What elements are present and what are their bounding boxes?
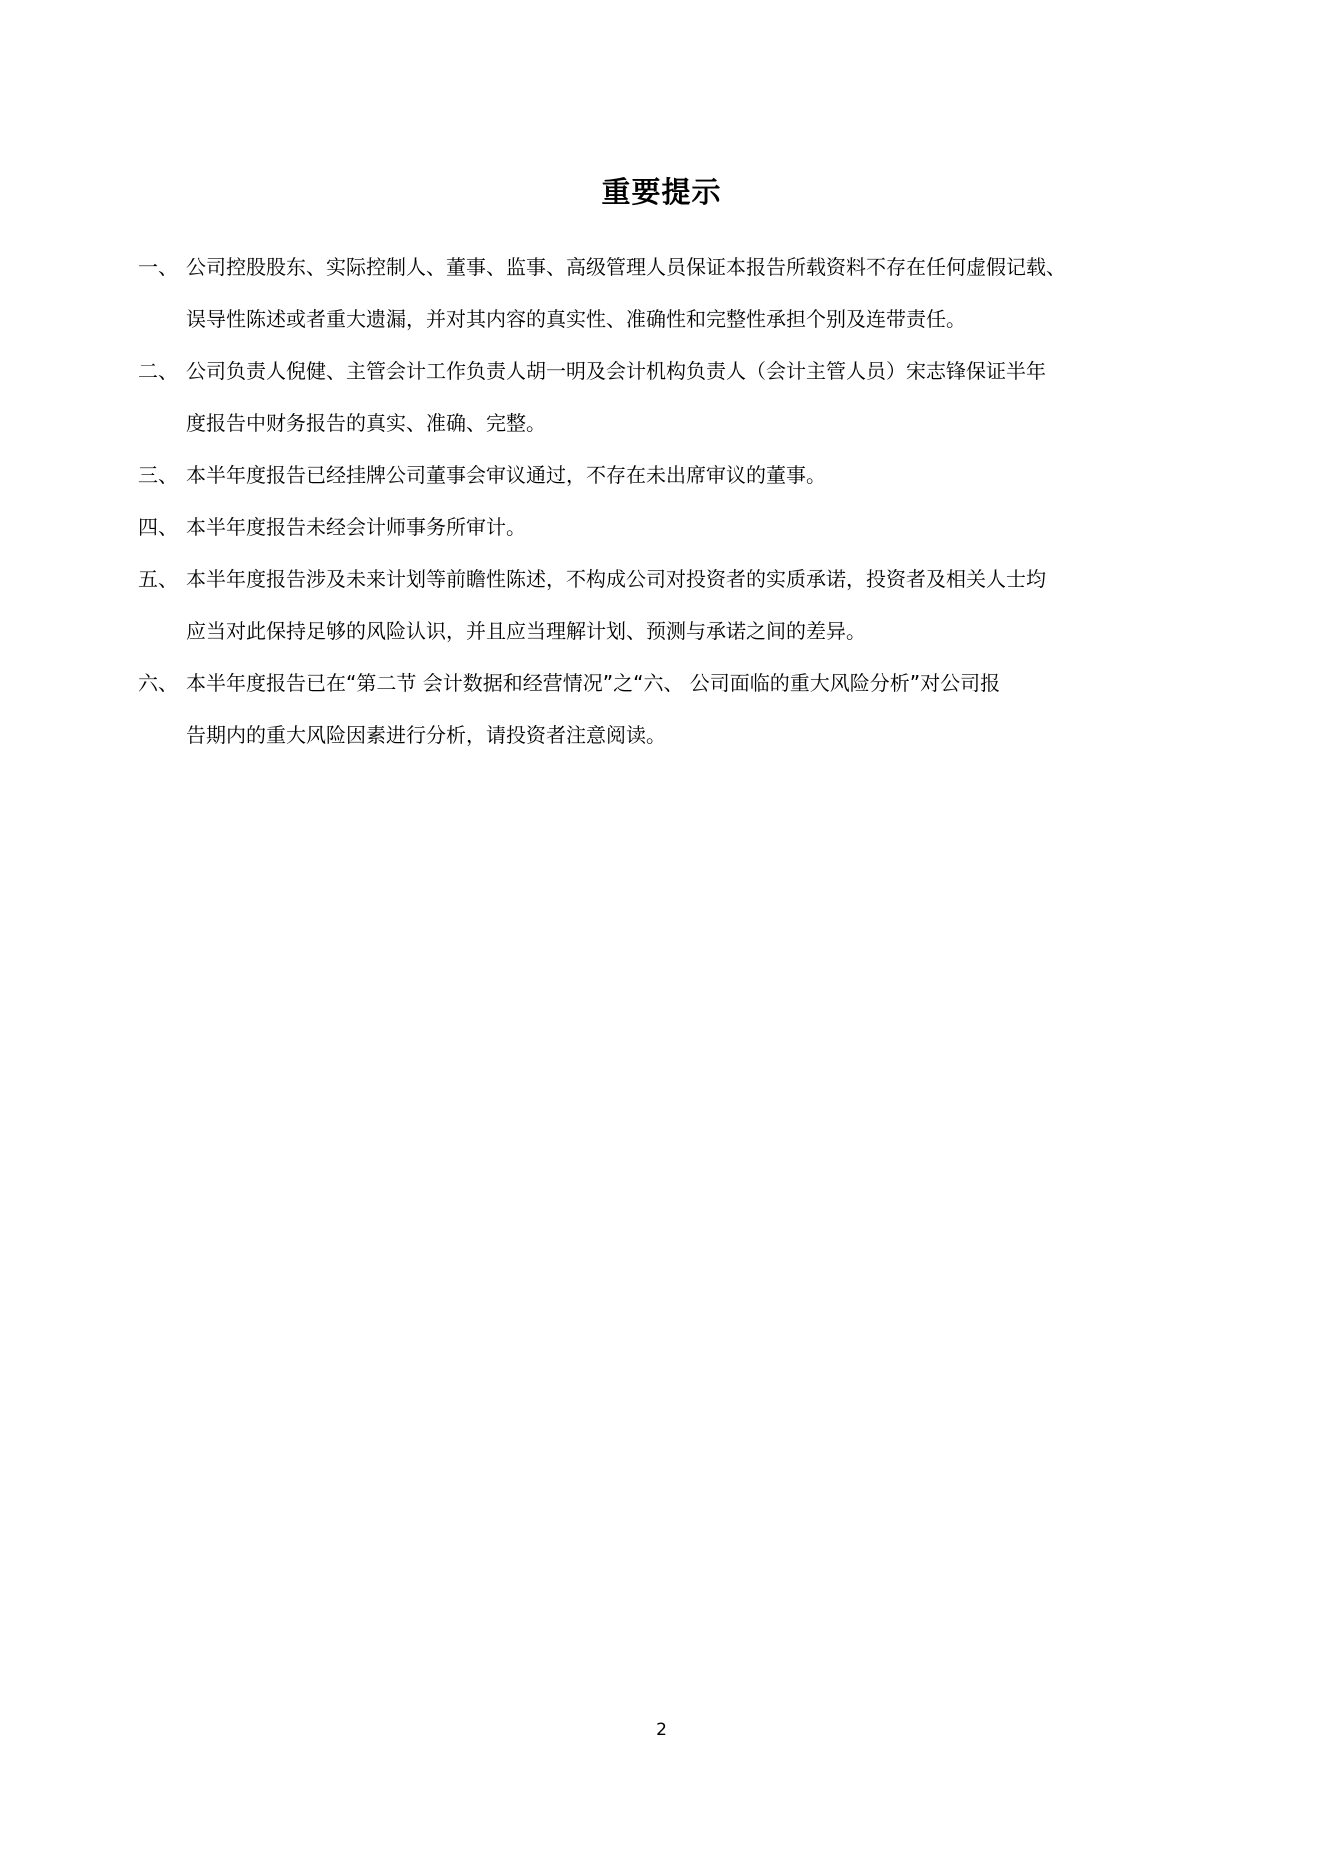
- notice-item-4: 四、 本半年度报告未经会计师事务所审计。: [138, 501, 1198, 553]
- item-number: 四、: [138, 501, 178, 553]
- item-number: 六、: [138, 657, 178, 709]
- item-number: 二、: [138, 345, 178, 397]
- page-number: 2: [0, 1720, 1323, 1740]
- item-number: 三、: [138, 449, 178, 501]
- item-text: 告期内的重大风险因素进行分析，请投资者注意阅读。: [138, 709, 1198, 761]
- item-text: 应当对此保持足够的风险认识，并且应当理解计划、预测与承诺之间的差异。: [138, 605, 1198, 657]
- notice-item-2: 二、 公司负责人倪健、主管会计工作负责人胡一明及会计机构负责人（会计主管人员）宋…: [138, 345, 1198, 449]
- notice-item-5: 五、 本半年度报告涉及未来计划等前瞻性陈述，不构成公司对投资者的实质承诺，投资者…: [138, 553, 1198, 657]
- item-number: 一、: [138, 241, 178, 293]
- item-text: 本半年度报告涉及未来计划等前瞻性陈述，不构成公司对投资者的实质承诺，投资者及相关…: [138, 553, 1198, 605]
- notice-item-1: 一、 公司控股股东、实际控制人、董事、监事、高级管理人员保证本报告所载资料不存在…: [138, 241, 1198, 345]
- item-text: 公司负责人倪健、主管会计工作负责人胡一明及会计机构负责人（会计主管人员）宋志锋保…: [138, 345, 1198, 397]
- item-text: 本半年度报告已在“第二节 会计数据和经营情况”之“六、 公司面临的重大风险分析”…: [138, 657, 1198, 709]
- notice-item-6: 六、 本半年度报告已在“第二节 会计数据和经营情况”之“六、 公司面临的重大风险…: [138, 657, 1198, 761]
- item-text: 公司控股股东、实际控制人、董事、监事、高级管理人员保证本报告所载资料不存在任何虚…: [138, 241, 1198, 293]
- page-title: 重要提示: [0, 170, 1323, 211]
- item-text: 误导性陈述或者重大遗漏，并对其内容的真实性、准确性和完整性承担个别及连带责任。: [138, 293, 1198, 345]
- item-text: 本半年度报告未经会计师事务所审计。: [138, 501, 1198, 553]
- notice-item-3: 三、 本半年度报告已经挂牌公司董事会审议通过，不存在未出席审议的董事。: [138, 449, 1198, 501]
- item-number: 五、: [138, 553, 178, 605]
- item-text: 本半年度报告已经挂牌公司董事会审议通过，不存在未出席审议的董事。: [138, 449, 1198, 501]
- item-text: 度报告中财务报告的真实、准确、完整。: [138, 397, 1198, 449]
